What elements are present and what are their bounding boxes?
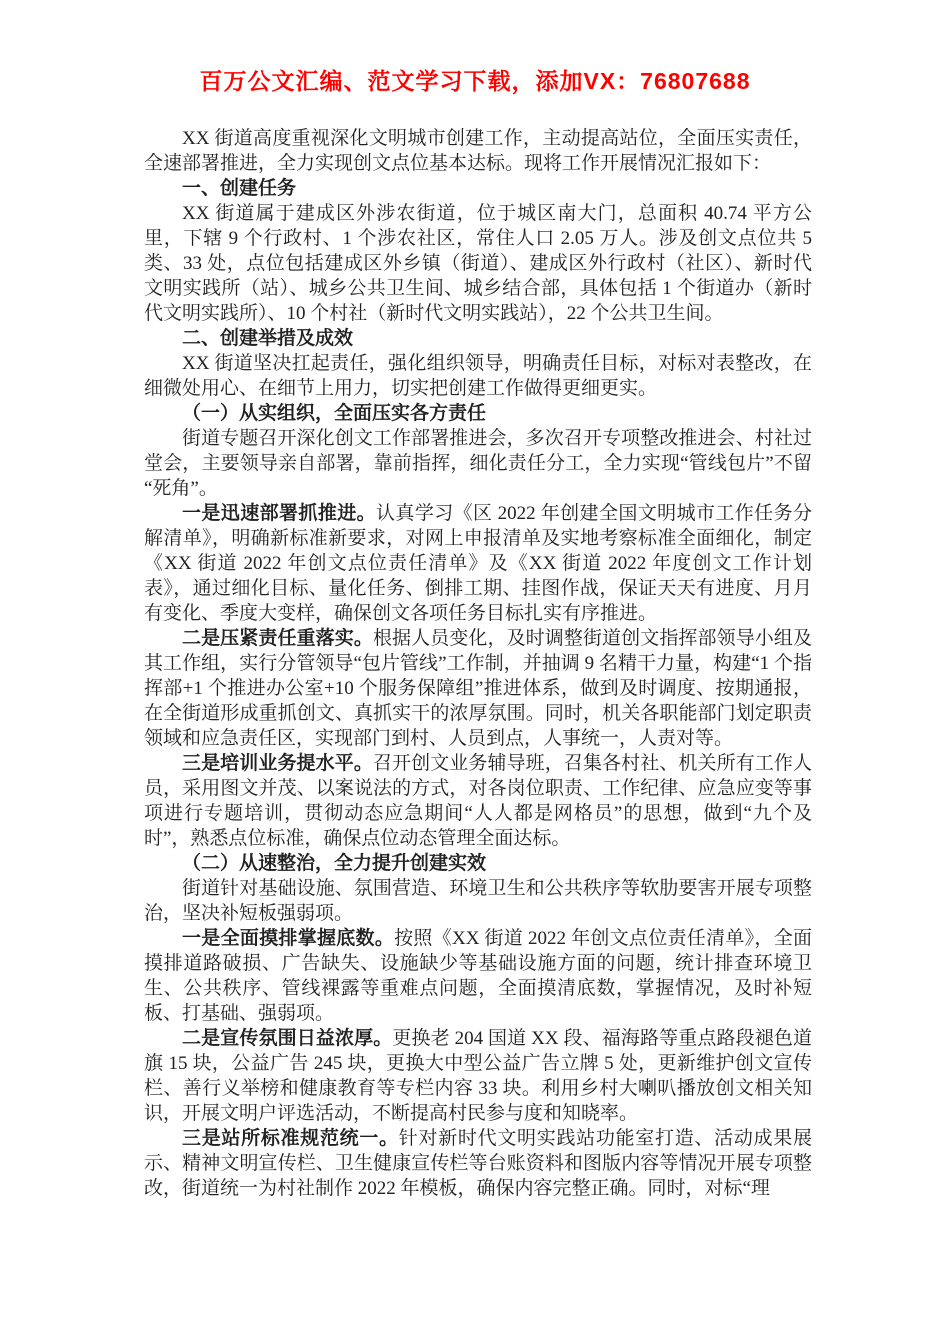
paragraph-lead: 二是压紧责任重落实。 [182,628,373,649]
paragraph-lead-7: 一是迅速部署抓推进。认真学习《区 2022 年创建全国文明城市工作任务分解清单》… [144,501,812,626]
paragraph-lead: 二是宣传氛围日益浓厚。 [182,1028,392,1049]
paragraph-lead: 三是站所标准规范统一。 [182,1128,399,1149]
paragraph-lead-14: 三是站所标准规范统一。针对新时代文明实践站功能室打造、活动成果展示、精神文明宣传… [144,1126,812,1201]
promo-header: 百万公文汇编、范文学习下载，添加VX：76807688 [0,64,950,98]
paragraph-lead: 三是培训业务提水平。 [182,753,373,774]
paragraph-lead-13: 二是宣传氛围日益浓厚。更换老 204 国道 XX 段、福海路等重点路段褪色道旗 … [144,1026,812,1126]
paragraph-body-2: XX 街道属于建成区外涉农街道，位于城区南大门，总面积 40.74 平方公里，下… [144,201,812,326]
paragraph-subheading-5: （一）从实组织，全面压实各方责任 [144,401,812,426]
paragraph-lead-8: 二是压紧责任重落实。根据人员变化，及时调整街道创文指挥部领导小组及其工作组，实行… [144,626,812,751]
paragraph-lead-9: 三是培训业务提水平。召开创文业务辅导班，召集各村社、机关所有工作人员，采用图文并… [144,751,812,851]
document-page: 百万公文汇编、范文学习下载，添加VX：76807688 XX 街道高度重视深化文… [0,0,950,1344]
paragraph-heading-1: 一、创建任务 [144,176,812,201]
document-body: XX 街道高度重视深化文明城市创建工作，主动提高站位，全面压实责任，全速部署推进… [144,126,812,1201]
paragraph-body-4: XX 街道坚决扛起责任，强化组织领导，明确责任目标，对标对表整改，在细微处用心、… [144,351,812,401]
paragraph-body-11: 街道针对基础设施、氛围营造、环境卫生和公共秩序等软肋要害开展专项整治，坚决补短板… [144,876,812,926]
paragraph-body-6: 街道专题召开深化创文工作部署推进会，多次召开专项整改推进会、村社过堂会，主要领导… [144,426,812,501]
paragraph-lead: 一是迅速部署抓推进。 [182,503,376,524]
paragraph-heading-3: 二、创建举措及成效 [144,326,812,351]
paragraph-lead: 一是全面摸排掌握底数。 [182,928,394,949]
paragraph-lead-12: 一是全面摸排掌握底数。按照《XX 街道 2022 年创文点位责任清单》，全面摸排… [144,926,812,1026]
paragraph-body-0: XX 街道高度重视深化文明城市创建工作，主动提高站位，全面压实责任，全速部署推进… [144,126,812,176]
paragraph-subheading-10: （二）从速整治，全力提升创建实效 [144,851,812,876]
